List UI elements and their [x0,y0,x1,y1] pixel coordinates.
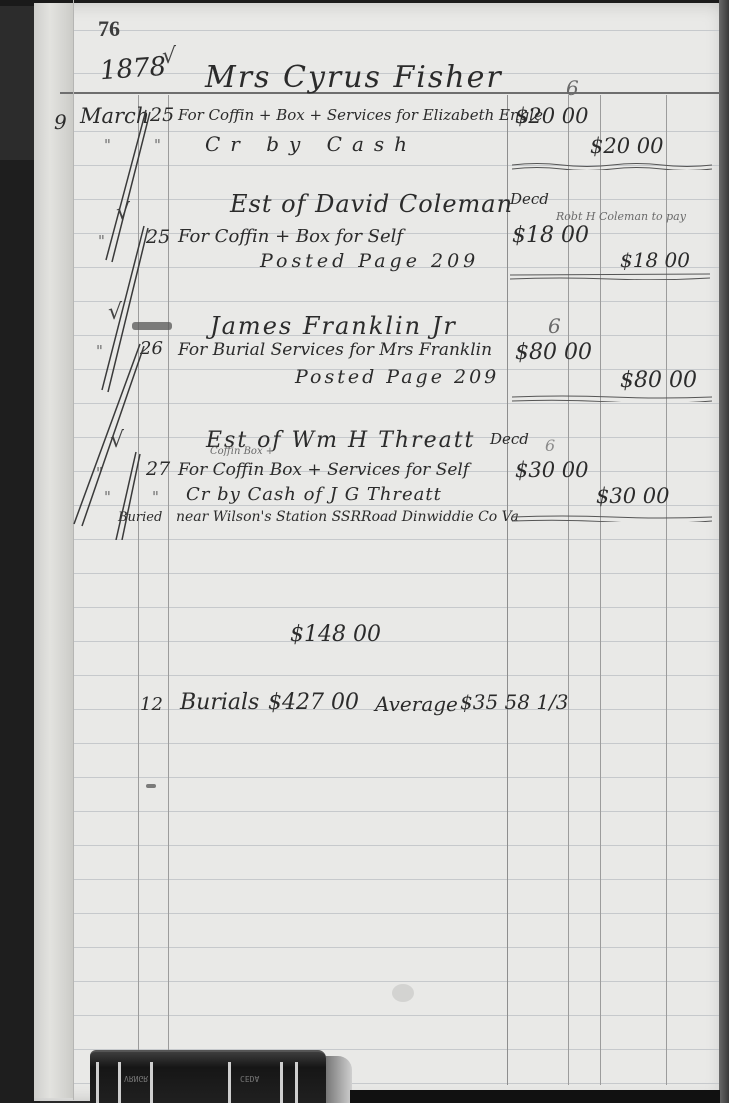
description: For Coffin + Box + Services for Elizabet… [178,106,543,124]
credit-column-line [600,95,601,1085]
check-mark-icon: √ [162,44,176,69]
rule [74,641,719,642]
rule [74,539,719,540]
monthly-total: $148 00 [290,622,381,647]
debit-column-line [507,95,508,1085]
inserted-text: Coffin Box + [210,446,274,457]
description: For Coffin Box + Services for Self [178,460,469,480]
account-heading: James Franklin Jr [210,312,457,340]
balance-rule [510,272,710,280]
rule [74,879,719,880]
account-title: Mrs Cyrus Fisher [205,60,503,95]
page-bottom-shadow [350,1090,720,1103]
clip-rib [118,1062,121,1103]
balance-rule [512,394,712,402]
balance-rule [512,162,712,170]
rule [74,811,719,812]
description: Cr by Cash [205,132,417,156]
description: For Coffin + Box for Self [178,226,403,247]
debit-amount: $80 00 [515,340,592,365]
side-note: Robt H Coleman to pay [556,210,686,223]
year: 1878 [99,52,167,87]
rule [74,913,719,914]
deceased-note: Decd [490,430,529,448]
clip-rib [96,1062,99,1103]
debit-amount: $20 00 [515,104,588,128]
ledger-slash-marks [60,100,170,540]
burial-count: 12 [140,694,163,715]
debit-amount: $30 00 [515,458,588,482]
rule [74,30,719,31]
clip-label: CEDA [240,1074,259,1083]
rule [74,743,719,744]
posting-note: Posted Page 209 [260,250,479,272]
clip-rib [150,1062,153,1103]
average-label: Average [375,692,458,716]
rule [74,573,719,574]
deceased-note: Decd [510,190,549,208]
description: Cr by Cash of J G Threatt [186,484,442,505]
rule [74,947,719,948]
credit-amount: $18 00 [620,248,690,272]
page-number: 76 [98,16,120,42]
average-value: $35 58 1/3 [460,690,569,714]
clip-rib [280,1062,283,1103]
clip-rib [295,1062,298,1103]
page-reference: 6 [548,314,561,338]
credit-amount: $80 00 [620,368,697,393]
rule [74,675,719,676]
balance-rule [512,514,712,522]
burials-total: $427 00 [268,690,359,715]
credit-amount: $30 00 [596,484,669,508]
clip-rib [228,1062,231,1103]
clip-shadow [326,1056,352,1103]
description: For Burial Services for Mrs Franklin [178,340,492,360]
burial-location: near Wilson's Station SSRRoad Dinwiddie … [176,509,519,525]
binder-clip: VRNGR CEDA [90,1050,326,1103]
rule [74,845,719,846]
rule [74,1015,719,1016]
page-reference: 6 [545,436,555,455]
rule [74,403,719,404]
binding-edge [719,0,729,1103]
credit-amount: $20 00 [590,134,663,158]
posting-note: Posted Page 209 [295,366,499,388]
account-heading: Est of David Coleman [230,190,513,218]
burials-label: Burials [180,690,259,715]
paper-stain [392,984,414,1002]
rule [74,777,719,778]
ink-mark [146,784,156,788]
rule [74,607,719,608]
page-reference: 6 [566,76,579,100]
clip-label: VRNGR [124,1074,148,1083]
credit-cents-line [666,95,667,1085]
rule [74,301,719,302]
rule [74,981,719,982]
debit-amount: $18 00 [512,223,589,248]
